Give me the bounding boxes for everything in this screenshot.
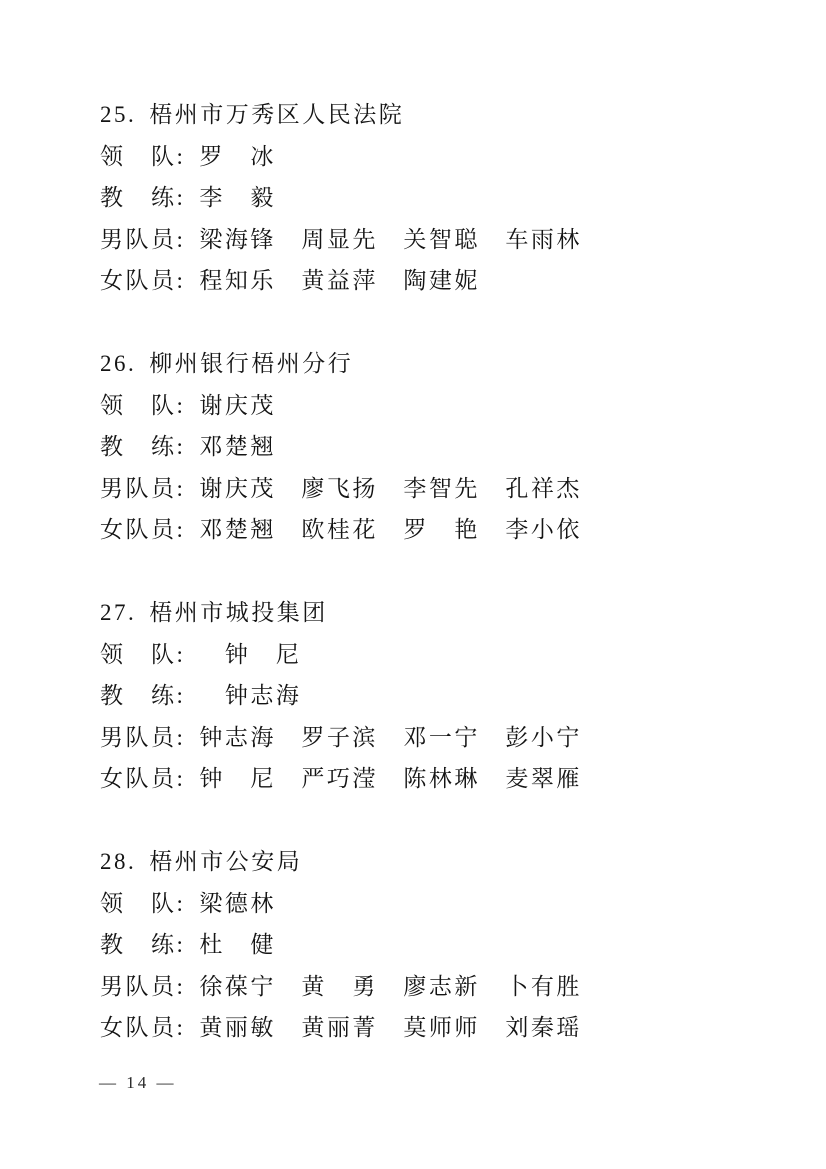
row-label: 领 队: <box>100 144 185 169</box>
row-label: 领 队: <box>100 393 185 418</box>
team-row-male-players: 男队员:钟志海 罗子滨 邓一宁 彭小宁 <box>100 717 786 759</box>
row-value: 杜 健 <box>199 932 276 957</box>
team-heading: 28.梧州市公安局 <box>100 841 786 883</box>
team-number: 25. <box>100 102 136 127</box>
team-number: 28. <box>100 849 136 874</box>
team-row-female-players: 女队员:邓楚翘 欧桂花 罗 艳 李小依 <box>100 509 786 551</box>
row-label: 领 队: <box>100 642 185 667</box>
team-row-leader: 领 队:罗 冰 <box>100 136 786 178</box>
row-value: 李 毅 <box>199 185 276 210</box>
team-name: 柳州银行梧州分行 <box>149 351 353 376</box>
team-heading: 26.柳州银行梧州分行 <box>100 343 786 385</box>
row-label: 教 练: <box>100 434 185 459</box>
row-value: 梁德林 <box>199 891 276 916</box>
team-roster-list: 25.梧州市万秀区人民法院 领 队:罗 冰 教 练:李 毅 男队员:梁海锋 周显… <box>100 94 786 1049</box>
team-row-coach: 教 练: 钟志海 <box>100 675 786 717</box>
team-name: 梧州市城投集团 <box>149 600 328 625</box>
team-row-female-players: 女队员:程知乐 黄益萍 陶建妮 <box>100 260 786 302</box>
row-value: 钟志海 罗子滨 邓一宁 彭小宁 <box>199 725 582 750</box>
row-label: 教 练: <box>100 185 185 210</box>
team-row-male-players: 男队员:谢庆茂 廖飞扬 李智先 孔祥杰 <box>100 468 786 510</box>
row-label: 教 练: <box>100 932 185 957</box>
row-label: 男队员: <box>100 974 185 999</box>
row-label: 男队员: <box>100 227 185 252</box>
team-row-female-players: 女队员:黄丽敏 黄丽菁 莫师师 刘秦瑶 <box>100 1007 786 1049</box>
row-value: 邓楚翘 <box>199 434 276 459</box>
team-row-leader: 领 队:谢庆茂 <box>100 385 786 427</box>
row-value: 黄丽敏 黄丽菁 莫师师 刘秦瑶 <box>199 1015 582 1040</box>
row-value: 邓楚翘 欧桂花 罗 艳 李小依 <box>199 517 582 542</box>
team-row-male-players: 男队员:梁海锋 周显先 关智聪 车雨林 <box>100 219 786 261</box>
row-value: 罗 冰 <box>199 144 276 169</box>
team-section-27: 27.梧州市城投集团 领 队: 钟 尼 教 练: 钟志海 男队员:钟志海 罗子滨… <box>100 592 786 800</box>
row-label: 女队员: <box>100 1015 185 1040</box>
team-row-male-players: 男队员:徐葆宁 黄 勇 廖志新 卜有胜 <box>100 966 786 1008</box>
team-section-28: 28.梧州市公安局 领 队:梁德林 教 练:杜 健 男队员:徐葆宁 黄 勇 廖志… <box>100 841 786 1049</box>
row-label: 领 队: <box>100 891 185 916</box>
team-row-leader: 领 队: 钟 尼 <box>100 634 786 676</box>
page-number: — 14 — <box>99 1071 177 1095</box>
team-name: 梧州市公安局 <box>149 849 302 874</box>
row-label: 男队员: <box>100 476 185 501</box>
row-value: 谢庆茂 <box>199 393 276 418</box>
team-section-26: 26.柳州银行梧州分行 领 队:谢庆茂 教 练:邓楚翘 男队员:谢庆茂 廖飞扬 … <box>100 343 786 551</box>
row-value: 梁海锋 周显先 关智聪 车雨林 <box>199 227 582 252</box>
row-value: 钟 尼 <box>199 642 301 667</box>
team-number: 26. <box>100 351 136 376</box>
team-row-coach: 教 练:杜 健 <box>100 924 786 966</box>
document-page: 25.梧州市万秀区人民法院 领 队:罗 冰 教 练:李 毅 男队员:梁海锋 周显… <box>0 0 826 1169</box>
row-label: 男队员: <box>100 725 185 750</box>
row-label: 教 练: <box>100 683 185 708</box>
team-name: 梧州市万秀区人民法院 <box>149 102 404 127</box>
row-label: 女队员: <box>100 766 185 791</box>
row-value: 徐葆宁 黄 勇 廖志新 卜有胜 <box>199 974 582 999</box>
team-row-coach: 教 练:李 毅 <box>100 177 786 219</box>
row-value: 谢庆茂 廖飞扬 李智先 孔祥杰 <box>199 476 582 501</box>
team-section-25: 25.梧州市万秀区人民法院 领 队:罗 冰 教 练:李 毅 男队员:梁海锋 周显… <box>100 94 786 302</box>
row-value: 钟志海 <box>199 683 301 708</box>
team-row-leader: 领 队:梁德林 <box>100 883 786 925</box>
team-row-female-players: 女队员:钟 尼 严巧滢 陈林琳 麦翠雁 <box>100 758 786 800</box>
team-heading: 27.梧州市城投集团 <box>100 592 786 634</box>
team-heading: 25.梧州市万秀区人民法院 <box>100 94 786 136</box>
team-row-coach: 教 练:邓楚翘 <box>100 426 786 468</box>
row-value: 钟 尼 严巧滢 陈林琳 麦翠雁 <box>199 766 582 791</box>
team-number: 27. <box>100 600 136 625</box>
row-label: 女队员: <box>100 268 185 293</box>
row-label: 女队员: <box>100 517 185 542</box>
row-value: 程知乐 黄益萍 陶建妮 <box>199 268 480 293</box>
